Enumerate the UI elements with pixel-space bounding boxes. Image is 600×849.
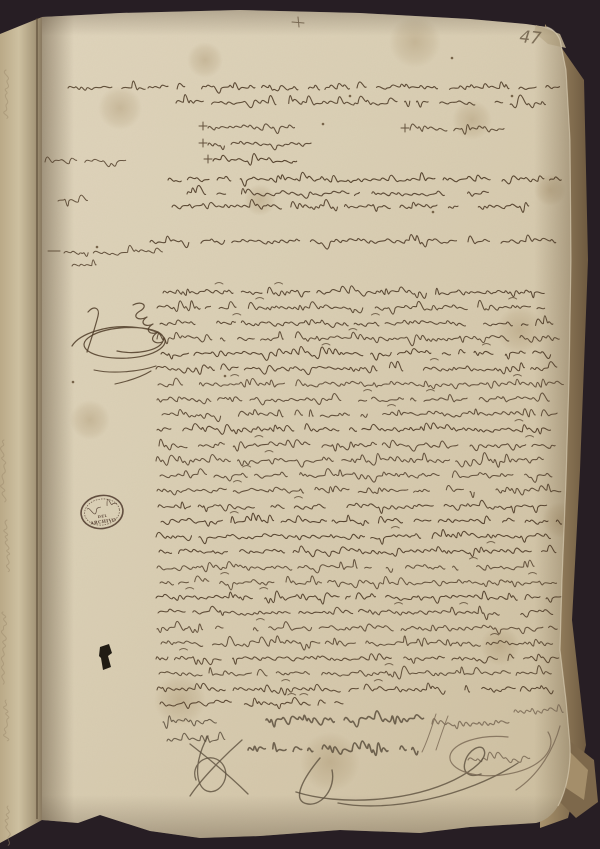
ink-speck [224, 375, 227, 378]
page-surface: DEL ARCHIVO 47 [42, 10, 578, 840]
ink-speck [511, 95, 514, 98]
ink-speck [432, 211, 435, 214]
folio-number: 47 [518, 27, 542, 49]
paper-grain [42, 10, 572, 840]
ink-speck [451, 57, 454, 60]
gutter-shadow [42, 10, 74, 840]
facing-page-strip [0, 17, 42, 843]
scan-canvas: DEL ARCHIVO 47 [0, 0, 600, 849]
ink-speck [72, 381, 75, 384]
ink-speck [349, 95, 352, 98]
manuscript-scan: DEL ARCHIVO 47 [0, 0, 600, 849]
ink-speck [322, 123, 325, 126]
ink-speck [96, 246, 99, 249]
